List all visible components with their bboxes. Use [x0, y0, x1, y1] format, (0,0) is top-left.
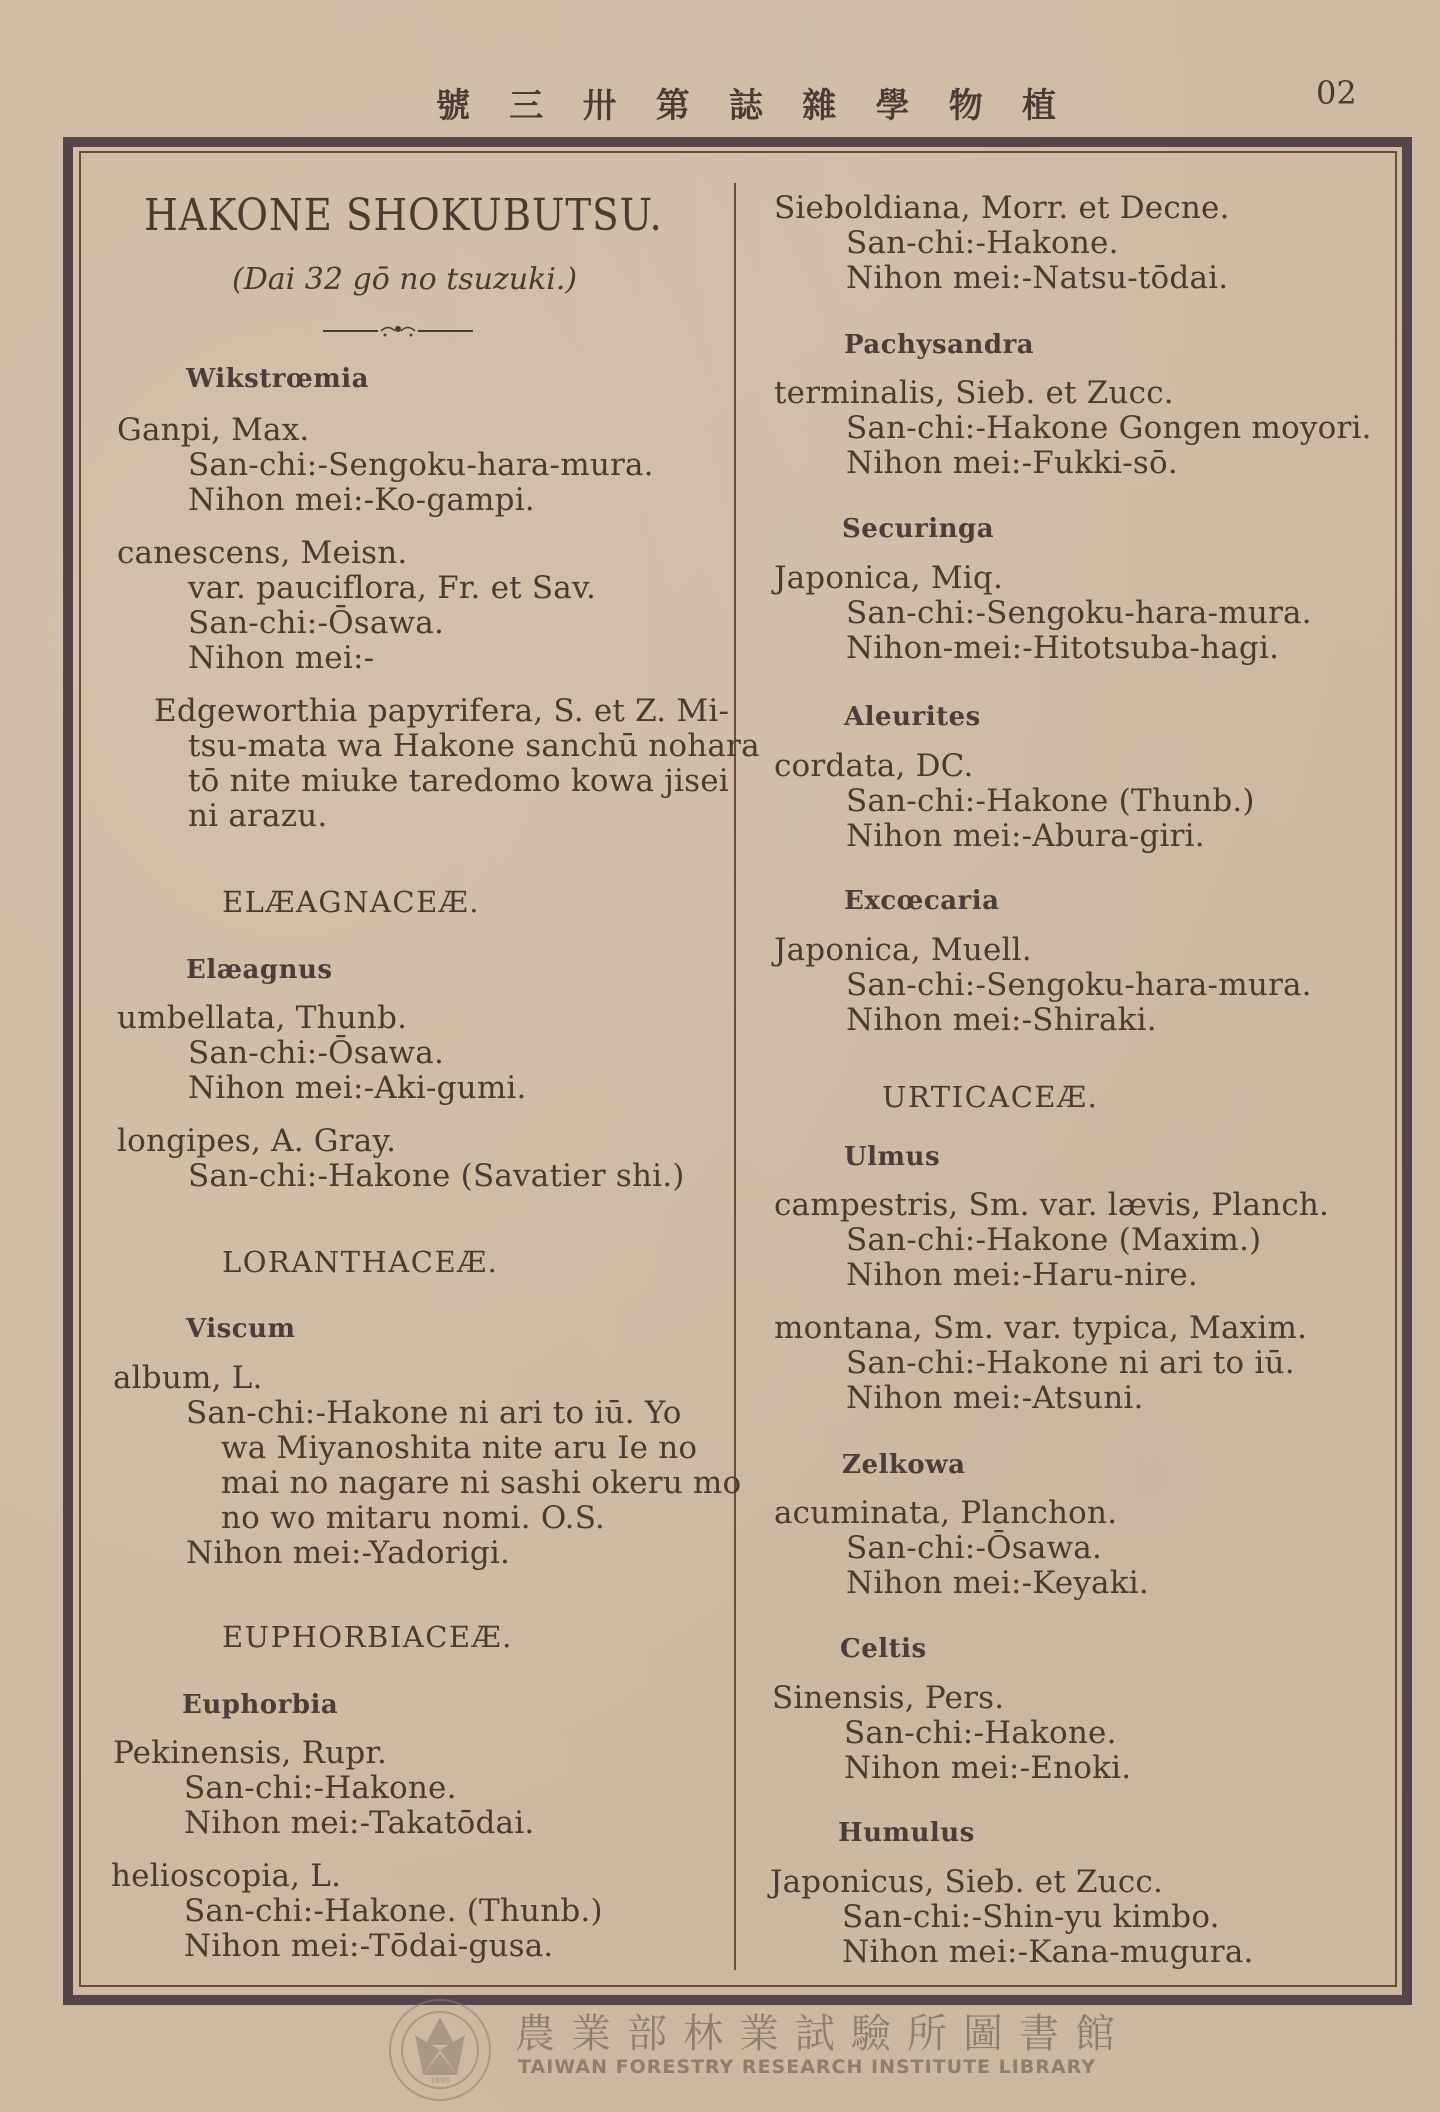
locality-entry: San-chi:-Ōsawa.: [846, 1530, 1102, 1566]
genus-heading: Humulus: [838, 1818, 975, 1848]
japanese-name-entry: Nihon-mei:-Hitotsuba-hagi.: [846, 630, 1279, 666]
species-entry: Japonica, Muell.: [774, 932, 1032, 968]
locality-entry: San-chi:-Hakone (Maxim.): [846, 1222, 1261, 1258]
japanese-name-entry: Nihon mei:-Takatōdai.: [184, 1805, 534, 1841]
locality-entry: San-chi:-Sengoku-hara-mura.: [846, 595, 1312, 631]
locality-entry: San-chi:-Hakone.: [844, 1715, 1117, 1751]
genus-heading: Aleurites: [844, 702, 981, 732]
species-entry: acuminata, Planchon.: [774, 1495, 1117, 1531]
japanese-name-entry: Nihon mei:-Haru-nire.: [846, 1257, 1198, 1293]
japanese-name-entry: Nihon mei:-Fukki-sō.: [846, 445, 1178, 481]
institute-seal-icon: 1896: [385, 1995, 495, 2105]
genus-heading: Ulmus: [844, 1142, 940, 1172]
genus-heading: Zelkowa: [842, 1450, 965, 1480]
ornament-divider-icon: [323, 321, 473, 341]
genus-heading: Viscum: [186, 1314, 295, 1344]
journal-char: 誌: [729, 78, 763, 127]
locality-entry: San-chi:-Hakone.: [846, 225, 1119, 261]
locality-entry: San-chi:-Sengoku-hara-mura.: [846, 967, 1312, 1003]
note-text: Edgeworthia papyrifera, S. et Z. Mi-: [154, 693, 729, 729]
species-entry: Japonicus, Sieb. et Zucc.: [770, 1864, 1163, 1900]
japanese-name-entry: Nihon mei:-Shiraki.: [846, 1002, 1157, 1038]
japanese-name-entry: Nihon mei:-Natsu-tōdai.: [846, 260, 1228, 296]
family-heading: ELÆAGNACEÆ.: [222, 885, 480, 919]
family-heading: URTICACEÆ.: [882, 1080, 1098, 1114]
column-divider: [734, 183, 736, 1970]
note-text: tsu-mata wa Hakone sanchū nohara: [188, 728, 760, 764]
locality-entry: San-chi:-Shin-yu kimbo.: [842, 1899, 1220, 1935]
article-subtitle: (Dai 32 gō no tsuzuki.): [232, 262, 577, 297]
locality-entry: San-chi:-Sengoku-hara-mura.: [188, 447, 654, 483]
locality-entry: San-chi:-Hakone Gongen moyori.: [846, 410, 1372, 446]
locality-entry-cont: wa Miyanoshita nite aru Ie no: [221, 1430, 697, 1466]
library-name-en: TAIWAN FORESTRY RESEARCH INSTITUTE LIBRA…: [518, 2056, 1096, 2078]
species-entry: Pekinensis, Rupr.: [113, 1735, 387, 1771]
journal-header: 號 三 卅 第 誌 雜 學 物 植: [436, 78, 1056, 127]
locality-entry: San-chi:-Hakone (Thunb.): [846, 783, 1255, 819]
svg-text:1896: 1896: [430, 2076, 450, 2085]
japanese-name-entry: Nihon mei:-Abura-giri.: [846, 818, 1205, 854]
species-entry: canescens, Meisn.: [117, 535, 407, 571]
locality-entry: San-chi:-Hakone ni ari to iū.: [846, 1345, 1295, 1381]
species-entry: Japonica, Miq.: [774, 560, 1003, 596]
journal-char: 植: [1022, 78, 1056, 127]
journal-char: 物: [949, 78, 983, 127]
species-entry: album, L.: [113, 1360, 263, 1396]
genus-heading: Wikstrœmia: [186, 364, 369, 394]
locality-entry: San-chi:-Ōsawa.: [188, 605, 444, 641]
journal-char: 號: [436, 78, 470, 127]
family-heading: EUPHORBIACEÆ.: [222, 1620, 513, 1654]
species-entry: helioscopia, L.: [111, 1858, 341, 1894]
japanese-name-entry: Nihon mei:-Enoki.: [844, 1750, 1131, 1786]
genus-heading: Pachysandra: [844, 330, 1034, 360]
species-entry: Sieboldiana, Morr. et Decne.: [774, 190, 1230, 226]
locality-entry: San-chi:-Ōsawa.: [188, 1035, 444, 1071]
genus-heading: Elæagnus: [186, 955, 333, 985]
genus-heading: Celtis: [840, 1634, 927, 1664]
species-entry: montana, Sm. var. typica, Maxim.: [774, 1310, 1307, 1346]
japanese-name-entry: Nihon mei:-: [188, 640, 374, 676]
japanese-name-entry: Nihon mei:-Yadorigi.: [186, 1535, 510, 1571]
article-title: HAKONE SHOKUBUTSU.: [144, 190, 663, 241]
japanese-name-entry: Nihon mei:-Kana-mugura.: [842, 1934, 1254, 1970]
locality-entry-cont: no wo mitaru nomi. O.S.: [221, 1500, 605, 1536]
japanese-name-entry: Nihon mei:-Tōdai-gusa.: [184, 1928, 553, 1964]
locality-entry-cont: mai no nagare ni sashi okeru mo: [221, 1465, 741, 1501]
locality-entry: San-chi:-Hakone.: [184, 1770, 457, 1806]
journal-char: 三: [509, 78, 543, 127]
journal-char: 雜: [802, 78, 836, 127]
family-heading: LORANTHACEÆ.: [222, 1245, 498, 1279]
variety-entry: var. pauciflora, Fr. et Sav.: [188, 570, 596, 606]
japanese-name-entry: Nihon mei:-Atsuni.: [846, 1380, 1144, 1416]
journal-char: 學: [876, 78, 910, 127]
japanese-name-entry: Nihon mei:-Aki-gumi.: [188, 1070, 527, 1106]
note-text: tō nite miuke taredomo kowa jisei: [188, 763, 729, 799]
genus-heading: Euphorbia: [182, 1690, 338, 1720]
journal-char: 第: [656, 78, 690, 127]
genus-heading: Excœcaria: [844, 886, 999, 916]
genus-heading: Securinga: [842, 514, 994, 544]
library-name-cjk: 農業部林業試驗所圖書館: [515, 2002, 1131, 2059]
species-entry: Ganpi, Max.: [117, 412, 309, 448]
species-entry: umbellata, Thunb.: [117, 1000, 407, 1036]
note-text: ni arazu.: [188, 798, 327, 834]
species-entry: campestris, Sm. var. lævis, Planch.: [774, 1187, 1329, 1223]
japanese-name-entry: Nihon mei:-Ko-gampi.: [188, 482, 535, 518]
species-entry: terminalis, Sieb. et Zucc.: [774, 375, 1174, 411]
locality-entry: San-chi:-Hakone. (Thunb.): [184, 1893, 603, 1929]
page-number: 02: [1316, 74, 1357, 112]
locality-entry: San-chi:-Hakone ni ari to iū. Yo: [186, 1395, 682, 1431]
species-entry: longipes, A. Gray.: [117, 1123, 396, 1159]
species-entry: Sinensis, Pers.: [772, 1680, 1004, 1716]
locality-entry: San-chi:-Hakone (Savatier shi.): [188, 1158, 685, 1194]
japanese-name-entry: Nihon mei:-Keyaki.: [846, 1565, 1149, 1601]
species-entry: cordata, DC.: [774, 748, 974, 784]
journal-char: 卅: [583, 78, 617, 127]
